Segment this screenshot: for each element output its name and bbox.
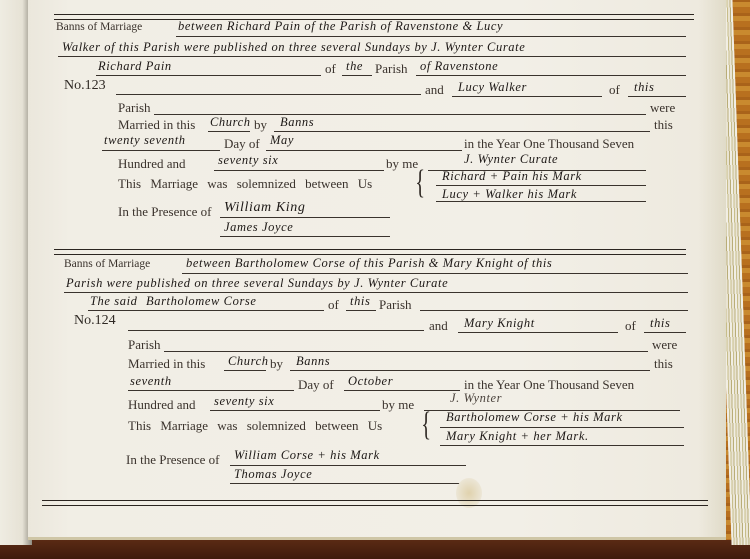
parish-label: Parish: [375, 61, 408, 77]
method-value: Banns: [296, 354, 330, 369]
by-label: by: [270, 356, 283, 372]
year-value: seventy six: [218, 153, 278, 168]
officiant-signature: J. Wynter: [450, 391, 502, 406]
bride-signature: Mary Knight + her Mark.: [446, 429, 589, 444]
by-label: by: [254, 117, 267, 133]
groom-parish: of Ravenstone: [420, 59, 498, 74]
brace: {: [415, 166, 425, 200]
day-value: seventh: [130, 374, 172, 389]
rule: [344, 390, 460, 391]
year-value: seventy six: [214, 394, 274, 409]
were-label: were: [650, 100, 675, 116]
groom-name: Bartholomew Corse: [146, 294, 257, 309]
bride-parish: this: [634, 80, 654, 95]
were-label: were: [652, 337, 677, 353]
rule: [420, 310, 688, 311]
rule: [128, 330, 424, 331]
banns-label: Banns of Marriage: [64, 258, 150, 270]
place-value: Church: [228, 354, 269, 369]
bride-name: Mary Knight: [464, 316, 535, 331]
rule: [230, 483, 466, 484]
and-label: and: [425, 82, 444, 98]
presence-label: In the Presence of: [118, 204, 212, 220]
rule: [116, 94, 421, 95]
witness-1: William King: [224, 200, 306, 216]
rule: [164, 351, 648, 352]
rule: [644, 332, 686, 333]
banns-text-line1: between Bartholomew Corse of this Parish…: [186, 256, 552, 271]
year-label: in the Year One Thousand Seven: [464, 136, 634, 152]
rule: [214, 170, 384, 171]
bride-name: Lucy Walker: [458, 80, 527, 95]
rule: [416, 75, 686, 76]
and-label: and: [429, 318, 448, 334]
this-label: this: [654, 356, 673, 372]
banns-text-line1: between Richard Pain of the Parish of Ra…: [178, 19, 503, 34]
witness-2: Thomas Joyce: [234, 467, 312, 482]
day-value: twenty seventh: [104, 133, 186, 148]
rule: [440, 427, 684, 428]
rule: [452, 96, 602, 97]
solemnized-label: This Marriage was solemnized between Us: [118, 176, 372, 192]
groom-parish-prefix: the: [346, 59, 363, 74]
entry-number: No.124: [74, 313, 116, 329]
rule: [342, 75, 372, 76]
banns-text-line2: Parish were published on three several S…: [66, 276, 448, 291]
register-page: Banns of Marriage between Richard Pain o…: [28, 0, 726, 540]
rule: [182, 273, 688, 274]
day-of-label: Day of: [298, 377, 334, 393]
presence-label: In the Presence of: [126, 452, 220, 468]
rule: [208, 131, 250, 132]
groom-name: Richard Pain: [98, 59, 172, 74]
rule: [230, 465, 466, 466]
day-of-label: Day of: [224, 136, 260, 152]
entry-divider: [54, 249, 686, 255]
rule: [346, 310, 376, 311]
rule: [176, 36, 686, 37]
hundred-and-label: Hundred and: [128, 397, 196, 413]
this-label: this: [654, 117, 673, 133]
entry-number: No.123: [64, 78, 106, 94]
parish-label: Parish: [379, 297, 412, 313]
banns-text-line2: Walker of this Parish were published on …: [62, 40, 525, 55]
bottom-divider: [42, 500, 708, 506]
witness-2: James Joyce: [224, 220, 293, 235]
groom-signature: Richard + Pain his Mark: [442, 169, 582, 184]
method-value: Banns: [280, 115, 314, 130]
month-value: October: [348, 374, 393, 389]
parish-label: Parish: [128, 337, 161, 353]
of-label: of: [609, 82, 620, 98]
rule: [96, 75, 321, 76]
bride-signature: Lucy + Walker his Mark: [442, 187, 577, 202]
married-in-label: Married in this: [128, 356, 205, 372]
rule: [628, 96, 686, 97]
rule: [436, 201, 646, 202]
rule: [266, 150, 462, 151]
officiant-signature: J. Wynter Curate: [464, 152, 558, 167]
rule: [274, 131, 650, 132]
married-in-label: Married in this: [118, 117, 195, 133]
rule: [436, 185, 646, 186]
banns-label: Banns of Marriage: [56, 21, 142, 33]
hundred-and-label: Hundred and: [118, 156, 186, 172]
rule: [220, 217, 390, 218]
by-me-label: by me: [386, 156, 418, 172]
parish-label: Parish: [118, 100, 151, 116]
rule: [224, 370, 266, 371]
solemnized-label: This Marriage was solemnized between Us: [128, 418, 382, 434]
of-label: of: [625, 318, 636, 334]
month-value: May: [270, 133, 294, 148]
rule: [220, 236, 390, 237]
rule: [102, 150, 220, 151]
bride-parish: this: [650, 316, 670, 331]
table-edge-shadow: [0, 540, 750, 559]
rule: [64, 292, 688, 293]
rule: [440, 445, 684, 446]
rule: [128, 390, 294, 391]
groom-parish-prefix: this: [350, 294, 370, 309]
witness-1: William Corse + his Mark: [234, 448, 380, 463]
groom-signature: Bartholomew Corse + his Mark: [446, 410, 623, 425]
place-value: Church: [210, 115, 251, 130]
rule: [458, 332, 618, 333]
rule: [58, 56, 686, 57]
brace: {: [421, 408, 431, 442]
rule: [210, 410, 380, 411]
by-me-label: by me: [382, 397, 414, 413]
of-label: of: [328, 297, 339, 313]
of-label: of: [325, 61, 336, 77]
rule: [88, 310, 324, 311]
rule: [290, 370, 650, 371]
groom-prefix: The said: [90, 294, 138, 309]
